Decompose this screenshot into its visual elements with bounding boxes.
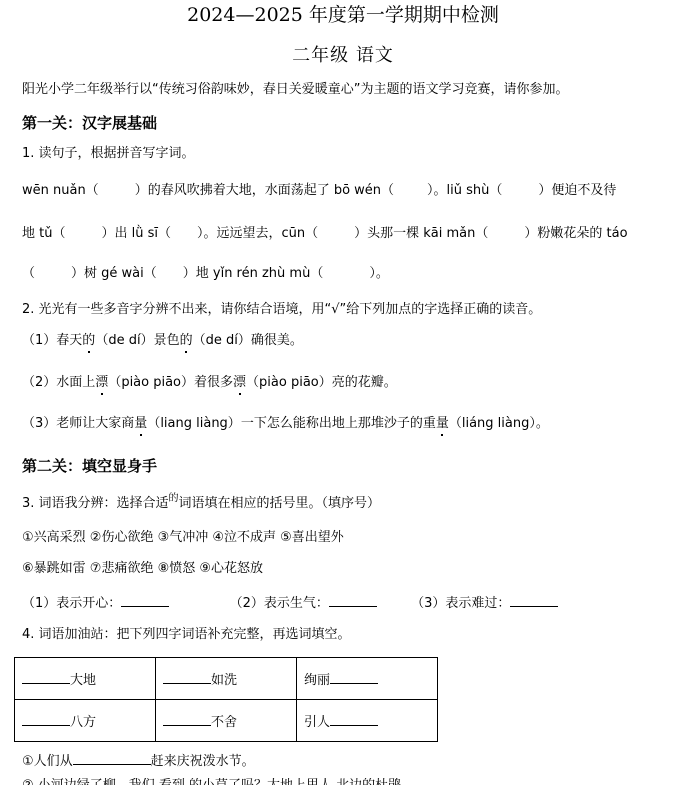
- exam-subtitle: 二年级 语文: [0, 44, 686, 68]
- q1-l1-a: wēn nuǎn（: [22, 183, 99, 198]
- cell-text: 绚丽: [304, 673, 330, 688]
- q1-line1: wēn nuǎn（）的春风吹拂着大地，水面荡起了 bō wén（）。liǔ sh…: [22, 183, 616, 199]
- answer-label: （2）表示生气：: [230, 596, 329, 611]
- q1-l3-a: （: [22, 266, 35, 281]
- text: 一下怎么能称出地上那堆沙子的重: [241, 416, 436, 431]
- answer-label: （3）表示难过：: [411, 596, 510, 611]
- fill-blank[interactable]: [163, 671, 211, 684]
- table-row: 大地 如洗 绚丽: [15, 658, 438, 700]
- q1-l1-d: ）便迫不及待: [538, 183, 616, 198]
- pinyin-choice[interactable]: （piào piāo）: [108, 375, 194, 390]
- prompt-text: 词语填在相应的括号里。（填序号）: [179, 496, 381, 511]
- text: 亮的花瓣。: [332, 375, 397, 390]
- prompt-text: 3. 词语我分辨：选择合适: [22, 496, 169, 511]
- table-cell[interactable]: 引人: [297, 700, 438, 742]
- fill-blank[interactable]: [330, 713, 378, 726]
- q2-item3: （3）老师让大家商量（liang liàng）一下怎么能称出地上那堆沙子的重量（…: [22, 416, 549, 432]
- table-cell[interactable]: 绚丽: [297, 658, 438, 700]
- item-number: （3）: [22, 416, 56, 431]
- q2-item1: （1）春天的（de dí）景色的（de dí）确很美。: [22, 333, 303, 349]
- pinyin-choice[interactable]: （piào piāo）: [246, 375, 332, 390]
- table-cell[interactable]: 如洗: [156, 658, 297, 700]
- pinyin-choice[interactable]: （de dí）: [193, 333, 251, 348]
- pinyin-choice[interactable]: （de dí）: [95, 333, 153, 348]
- text: 景色: [154, 333, 180, 348]
- q3-options-row2: ⑥暴跳如雷 ⑦悲痛欲绝 ⑧愤怒 ⑨心花怒放: [22, 561, 263, 577]
- q4-prompt: 4. 词语加油站：把下列四字词语补充完整，再选词填空。: [22, 627, 351, 643]
- text: 春天: [56, 333, 82, 348]
- q1-l1-c: ）。liǔ shù（: [427, 183, 502, 198]
- q3-options-row1: ①兴高采烈 ②伤心欲绝 ③气冲冲 ④泣不成声 ⑤喜出望外: [22, 530, 344, 546]
- dotted-char: 漂: [233, 375, 246, 391]
- q1-line3: （）树 gé wài（）地 yǐn rén zhù mù（）。: [22, 266, 389, 282]
- q1-l2-d: ）头那一棵 kāi mǎn（: [354, 226, 488, 241]
- q2-item2: （2）水面上漂（piào piāo）着很多漂（piào piāo）亮的花瓣。: [22, 375, 397, 391]
- q1-line2: 地 tǔ（）出 lǜ sī（）。远远望去，cūn（）头那一棵 kāi mǎn（）…: [22, 226, 628, 242]
- item-number: （1）: [22, 333, 56, 348]
- dotted-char: 的: [82, 333, 95, 349]
- pinyin-choice[interactable]: （liáng liàng）: [449, 416, 536, 431]
- q4-sentence2-cutoff: ② 小河边绿了柳，我们 看到 的小草了吗？大地上里人 北边的杜鹃: [22, 778, 401, 785]
- fill-blank[interactable]: [73, 752, 151, 765]
- pinyin-choice[interactable]: （liang liàng）: [147, 416, 241, 431]
- table-cell[interactable]: 八方: [15, 700, 156, 742]
- fill-blank[interactable]: [22, 671, 70, 684]
- q1-l3-c: ）地 yǐn rén zhù mù（: [183, 266, 324, 281]
- exam-title: 2024—2025 年度第一学期期中检测: [0, 3, 686, 27]
- prompt-sup-char: 的: [169, 493, 179, 504]
- section2-heading: 第二关：填空显身手: [22, 456, 157, 476]
- table-cell[interactable]: 不舍: [156, 700, 297, 742]
- fill-blank[interactable]: [163, 713, 211, 726]
- cell-text: 大地: [70, 673, 96, 688]
- section1-heading: 第一关：汉字展基础: [22, 113, 157, 133]
- q1-prompt: 1. 读句子，根据拼音写字词。: [22, 146, 195, 162]
- q1-l3-d: ）。: [369, 266, 389, 281]
- sentence-text: ①人们从: [22, 754, 73, 769]
- fill-blank[interactable]: [22, 713, 70, 726]
- answer-blank[interactable]: [329, 594, 377, 607]
- q3-prompt: 3. 词语我分辨：选择合适的词语填在相应的括号里。（填序号）: [22, 496, 380, 513]
- intro-text: 阳光小学二年级举行以“传统习俗韵味妙，春日关爱暖童心”为主题的语文学习竞赛，请你…: [22, 82, 568, 98]
- q1-l3-b: ）树 gé wài（: [71, 266, 157, 281]
- table-cell[interactable]: 大地: [15, 658, 156, 700]
- q1-l1-b: ）的春风吹拂着大地，水面荡起了 bō wén（: [135, 183, 394, 198]
- cell-text: 引人: [304, 715, 330, 730]
- cell-text: 不舍: [211, 715, 237, 730]
- text: 。: [536, 416, 549, 431]
- table-row: 八方 不舍 引人: [15, 700, 438, 742]
- fill-blank[interactable]: [330, 671, 378, 684]
- text: 老师让大家商: [56, 416, 134, 431]
- sentence-text: ② 小河边绿了柳，我们 看到 的小草了吗？大地上里人 北边的杜鹃: [22, 778, 401, 785]
- q2-prompt: 2. 光光有一些多音字分辨不出来，请你结合语境，用“√”给下列加点的字选择正确的…: [22, 302, 541, 318]
- item-number: （2）: [22, 375, 56, 390]
- answer-blank[interactable]: [121, 594, 169, 607]
- dotted-char: 的: [180, 333, 193, 349]
- cell-text: 如洗: [211, 673, 237, 688]
- answer-label: （1）表示开心：: [22, 596, 121, 611]
- text: 水面上: [56, 375, 95, 390]
- dotted-char: 漂: [95, 375, 108, 391]
- dotted-char: 量: [436, 416, 449, 432]
- text: 着很多: [194, 375, 233, 390]
- idiom-table: 大地 如洗 绚丽 八方 不舍 引人: [14, 657, 438, 742]
- sentence-text: 赶来庆祝泼水节。: [151, 754, 255, 769]
- text: 确很美。: [251, 333, 303, 348]
- q1-l2-a: 地 tǔ（: [22, 226, 65, 241]
- q1-l2-b: ）出 lǜ sī（: [101, 226, 171, 241]
- q1-l2-e: ）粉嫩花朵的 táo: [524, 226, 627, 241]
- q1-l2-c: ）。远远望去，cūn（: [197, 226, 318, 241]
- q4-sentence1: ①人们从赶来庆祝泼水节。: [22, 752, 255, 770]
- q3-answers: （1）表示开心： （2）表示生气： （3）表示难过：: [22, 594, 558, 612]
- dotted-char: 量: [134, 416, 147, 432]
- answer-blank[interactable]: [510, 594, 558, 607]
- cell-text: 八方: [70, 715, 96, 730]
